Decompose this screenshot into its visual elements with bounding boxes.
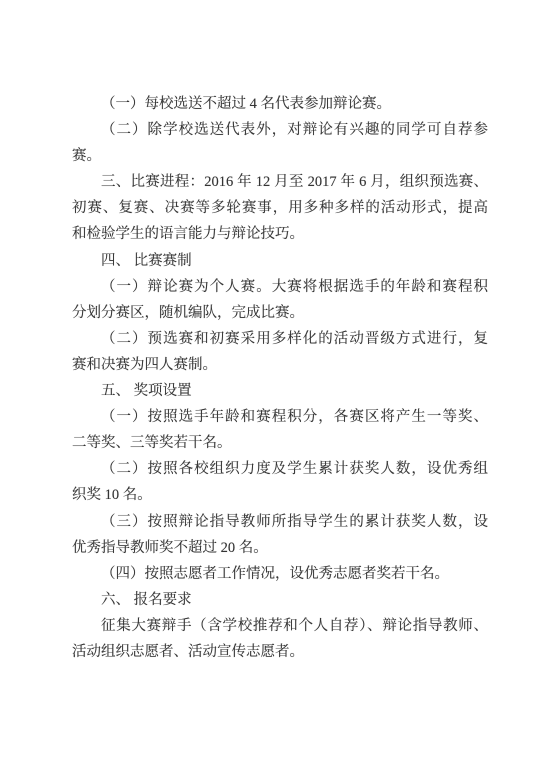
text-line: （四）按照志愿者工作情况，设优秀志愿者奖若干名。: [72, 561, 488, 587]
text-line: （一）每校选送不超过 4 名代表参加辩论赛。: [72, 91, 488, 117]
text-line: 二等奖、三等奖若干名。: [72, 430, 488, 456]
text-line: 五、 奖项设置: [72, 378, 488, 404]
text-line: （二）按照各校组织力度及学生累计获奖人数，设优秀组: [72, 456, 488, 482]
document-body: （一）每校选送不超过 4 名代表参加辩论赛。（二）除学校选送代表外，对辩论有兴趣…: [72, 91, 488, 665]
text-line: 初赛、复赛、决赛等多轮赛事，用多种多样的活动形式，提高: [72, 195, 488, 221]
text-line: 织奖 10 名。: [72, 482, 488, 508]
text-line: 赛。: [72, 143, 488, 169]
text-line: 六、 报名要求: [72, 587, 488, 613]
scanned-document-page: （一）每校选送不超过 4 名代表参加辩论赛。（二）除学校选送代表外，对辩论有兴趣…: [0, 0, 550, 779]
text-line: 活动组织志愿者、活动宣传志愿者。: [72, 639, 488, 665]
text-line: （三）按照辩论指导教师所指导学生的累计获奖人数，设: [72, 509, 488, 535]
text-line: 征集大赛辩手（含学校推荐和个人自荐）、辩论指导教师、: [72, 613, 488, 639]
text-line: 分划分赛区，随机编队，完成比赛。: [72, 300, 488, 326]
text-line: 赛和决赛为四人赛制。: [72, 352, 488, 378]
text-line: （一）辩论赛为个人赛。大赛将根据选手的年龄和赛程积: [72, 274, 488, 300]
text-line: （二）预选赛和初赛采用多样化的活动晋级方式进行，复: [72, 326, 488, 352]
text-line: 三、比赛进程：2016 年 12 月至 2017 年 6 月，组织预选赛、: [72, 169, 488, 195]
text-line: 和检验学生的语言能力与辩论技巧。: [72, 221, 488, 247]
text-line: 四、 比赛赛制: [72, 248, 488, 274]
text-line: （一）按照选手年龄和赛程积分，各赛区将产生一等奖、: [72, 404, 488, 430]
text-line: 优秀指导教师奖不超过 20 名。: [72, 535, 488, 561]
text-line: （二）除学校选送代表外，对辩论有兴趣的同学可自荐参: [72, 117, 488, 143]
